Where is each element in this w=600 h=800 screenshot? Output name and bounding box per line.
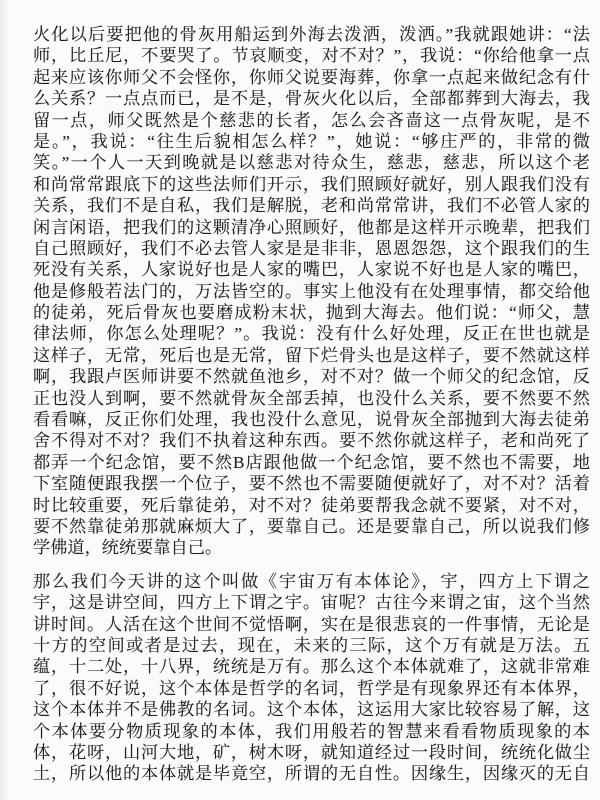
text-line: 讲时间。人活在这个世间不觉悟啊，实在是很悲哀的一件事情，无论是 <box>33 614 590 635</box>
text-line: 看看嘛，反正你们处理，我也没什么意见，说骨灰全部抛到大海去徒弟 <box>33 409 590 430</box>
paragraph: 那么我们今天讲的这个叫做《宇宙万有本体论》，宇，四方上下谓之宇，这是讲空间，四方… <box>33 571 590 785</box>
text-line: 土，所以他的本体就是毕竟空，所谓的无自性。因缘生，因缘灭的无自 <box>33 763 590 784</box>
text-line: 体，花呀，山河大地，矿，树木呀，就知道经过一段时间，统统化做尘 <box>33 742 590 763</box>
text-line: 的徒弟，死后骨灰也要磨成粉末状，抛到大海去。他们说：“师父，慧 <box>33 302 590 323</box>
text-line: 闲言闲语，把我们的这颗清净心照顾好，他都是这样开示晚辈，把我们 <box>33 217 590 238</box>
text-line: 啊，我跟卢医师讲要不然就鱼池乡，对不对？做一个师父的纪念馆，反 <box>33 366 590 387</box>
text-line: 师，比丘尼，不要哭了。节哀顺变，对不对？”，我说：“你给他拿一点 <box>33 45 590 66</box>
text-line: 死没有关系，人家说好也是人家的嘴巴，人家说不好也是人家的嘴巴， <box>33 259 590 280</box>
text-line: 那么我们今天讲的这个叫做《宇宙万有本体论》，宇，四方上下谓之 <box>33 571 590 592</box>
text-line: 自己照顾好，我们不必去管人家是是非非，恩恩怨怨，这个跟我们的生 <box>33 238 590 259</box>
text-line: 下室随便跟我摆一个位子，要不然也不需要随便就好了，对不对？活着 <box>33 473 590 494</box>
text-line: 这样子，无常，死后也是无常，留下烂骨头也是这样子，要不然就这样 <box>33 345 590 366</box>
text-line: 是。”，我说：“往生后貌相怎么样？”，她说：“够庄严的，非常的微 <box>33 131 590 152</box>
text-line: 和尚常常跟底下的这些法师们开示，我们照顾好就好，别人跟我们没有 <box>33 174 590 195</box>
document-page: 火化以后要把他的骨灰用船运到外海去泼洒，泼洒。”我就跟她讲：“法师，比丘尼，不要… <box>0 0 600 800</box>
text-line: 都弄一个纪念馆，要不然B店跟他做一个纪念馆，要不然也不需要，地 <box>33 452 590 473</box>
text-line: 十方的空间或者是过去，现在，未来的三际，这个万有就是万法。五 <box>33 635 590 656</box>
text-line: 火化以后要把他的骨灰用船运到外海去泼洒，泼洒。”我就跟她讲：“法 <box>33 24 590 45</box>
text-line: 关系，我们不是自私，我们是解脱，老和尚常常讲，我们不必管人家的 <box>33 195 590 216</box>
text-line: 笑。”一个人一天到晚就是以慈悲对待众生，慈悲，慈悲，所以这个老 <box>33 152 590 173</box>
text-line: 个本体要分物质现象的本体，我们用般若的智慧来看看物质现象的本 <box>33 721 590 742</box>
text-line: 么关系？一点点而已，是不是，骨灰火化以后，全部都葬到大海去，我 <box>33 88 590 109</box>
text-line: 要不然靠徒弟那就麻烦大了，要靠自己。还是要靠自己，所以说我们修 <box>33 516 590 537</box>
document-text: 火化以后要把他的骨灰用船运到外海去泼洒，泼洒。”我就跟她讲：“法师，比丘尼，不要… <box>33 24 590 785</box>
text-line: 学佛道，统统要靠自己。 <box>33 537 590 558</box>
text-line: 了，很不好说，这个本体是哲学的名词，哲学是有现象界还有本体界， <box>33 678 590 699</box>
text-line: 起来应该你师父不会怪你，你师父说要海葬，你拿一点起来做纪念有什 <box>33 67 590 88</box>
text-line: 蕴，十二处，十八界，统统是万有。那么这个本体就难了，这就非常难 <box>33 656 590 677</box>
text-line: 宇，这是讲空间，四方上下谓之宇。宙呢？古往今来谓之宙，这个当然 <box>33 592 590 613</box>
text-line: 律法师，你怎么处理呢？”。我说：没有什么好处理，反正在世也就是 <box>33 323 590 344</box>
paragraph: 火化以后要把他的骨灰用船运到外海去泼洒，泼洒。”我就跟她讲：“法师，比丘尼，不要… <box>33 24 590 559</box>
page-edge-shading <box>0 0 9 800</box>
text-line: 这个本体并不是佛教的名词。这个本体，这运用大家比较容易了解，这 <box>33 699 590 720</box>
text-line: 时比较重要，死后靠徒弟，对不对？徒弟要帮我念就不要紧，对不对， <box>33 495 590 516</box>
text-line: 他是修般若法门的，万法皆空的。事实上他没有在处理事情，都交给他 <box>33 281 590 302</box>
text-line: 留一点，师父既然是个慈悲的长者，怎么会吝啬这一点骨灰呢，是不 <box>33 110 590 131</box>
text-line: 舍不得对不对？我们不执着这种东西。要不然你就这样子，老和尚死了 <box>33 430 590 451</box>
text-line: 正也没人到啊，要不然就骨灰全部丢掉，也没什么关系，要不然要不然 <box>33 388 590 409</box>
